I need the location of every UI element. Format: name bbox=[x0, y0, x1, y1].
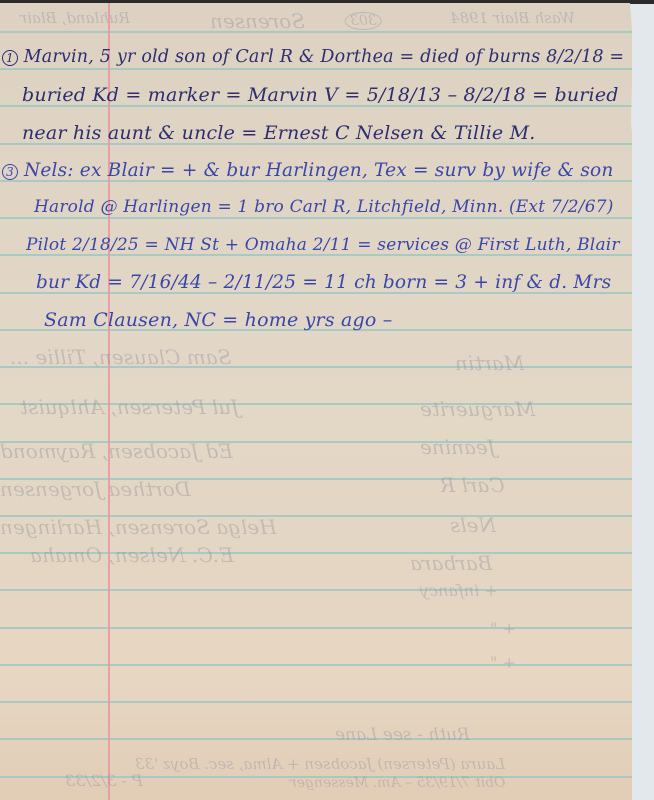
ruled-line bbox=[0, 217, 632, 219]
bleed-text: P - 3/2/33 bbox=[65, 771, 143, 790]
bleed-text: Barbara bbox=[410, 551, 492, 575]
bleed-text: Jeanine bbox=[420, 435, 496, 459]
bleed-text: Helga Sorensen, Harlingen bbox=[0, 515, 277, 539]
bleed-text: + infancy bbox=[420, 581, 498, 600]
entry1-line1: 1 Marvin, 5 yr old son of Carl R & Dorth… bbox=[2, 47, 624, 67]
bleed-text: Ruhland, Blair bbox=[20, 9, 130, 27]
notebook-page: Ruhland, Blair Sorensen 303 Wash Blair 1… bbox=[0, 3, 632, 800]
ruled-line bbox=[0, 31, 632, 33]
ruled-line bbox=[0, 738, 632, 740]
entry1-line3: near his aunt & uncle = Ernest C Nelsen … bbox=[22, 122, 535, 144]
bleed-text: Martin bbox=[455, 351, 524, 375]
entry2-line3: Pilot 2/18/25 = NH St + Omaha 2/11 = ser… bbox=[26, 235, 620, 255]
bleed-text: 303 bbox=[345, 11, 382, 30]
bleed-text: Obit 7/19/35 – Am. Messenger bbox=[290, 775, 505, 791]
bleed-text: Dorthea Jorgensen bbox=[0, 477, 191, 501]
bleed-text: + " bbox=[490, 619, 516, 638]
ruled-line bbox=[0, 664, 632, 666]
bleed-text: Carl R bbox=[440, 473, 505, 497]
bleed-text: Laura (Petersen) Jacobsen + Alma, sec. B… bbox=[135, 755, 505, 773]
bleed-text: Wash Blair 1984 bbox=[450, 9, 575, 27]
ruled-line bbox=[0, 68, 632, 70]
entry2-line5: Sam Clausen, NC = home yrs ago – bbox=[44, 309, 393, 331]
entry2-line4: bur Kd = 7/16/44 – 2/11/25 = 11 ch born … bbox=[36, 272, 611, 293]
bleed-text: Sam Clausen, Tillie ... bbox=[10, 345, 231, 369]
bleed-text: Ruth - see Lane bbox=[335, 725, 470, 745]
ruled-line bbox=[0, 589, 632, 591]
entry1-line2: buried Kd = marker = Marvin V = 5/18/13 … bbox=[22, 84, 619, 106]
entry2-line1: 3 Nels: ex Blair = + & bur Harlingen, Te… bbox=[2, 160, 613, 181]
entry-number: 3 bbox=[2, 164, 18, 180]
bleed-text: E.C. Nelsen, Omaha bbox=[30, 543, 234, 567]
bleed-text: Nels bbox=[450, 513, 496, 537]
ruled-line bbox=[0, 701, 632, 703]
bleed-text: + " bbox=[490, 653, 516, 672]
bleed-text: Sorensen bbox=[210, 9, 305, 33]
bleed-text: Marguerite bbox=[420, 397, 535, 421]
ruled-line bbox=[0, 627, 632, 629]
entry2-line2: Harold @ Harlingen = 1 bro Carl R, Litch… bbox=[34, 197, 614, 217]
bleed-text: Ed Jacobsen, Raymond bbox=[0, 439, 233, 463]
entry-number: 1 bbox=[2, 50, 18, 66]
bleed-text: Jul Petersen, Ahlquist bbox=[20, 395, 239, 419]
